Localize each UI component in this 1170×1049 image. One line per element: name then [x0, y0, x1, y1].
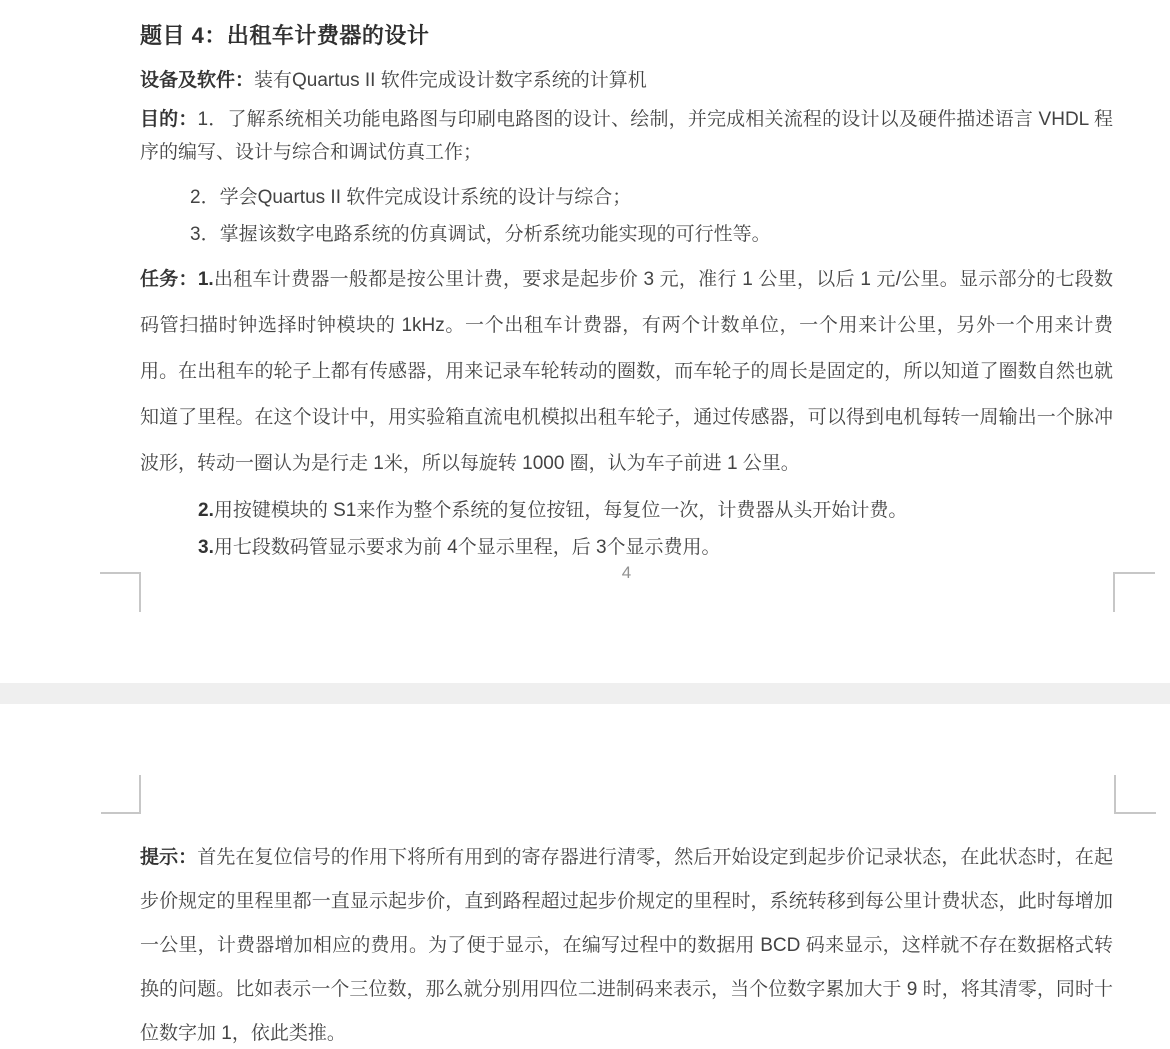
margin-mark-top-left-horizontal	[101, 812, 141, 814]
task-label: 任务：	[140, 269, 198, 290]
page-number: 4	[140, 563, 1113, 583]
document-view: 题目 4：出租车计费器的设计 设备及软件：装有Quartus II 软件完成设计…	[0, 0, 1170, 1049]
task-paragraph-2: 2.用按键模块的 S1来作为整个系统的复位按钮，每复位一次，计费器从头开始计费。	[198, 495, 1118, 522]
margin-mark-top-right-vertical	[1114, 775, 1116, 814]
task-2-text: 用按键模块的 S1来作为整个系统的复位按钮，每复位一次，计费器从头开始计费。	[214, 500, 908, 521]
page-separator	[0, 683, 1170, 704]
hint-text: 首先在复位信号的作用下将所有用到的寄存器进行清零，然后开始设定到起步价记录状态，…	[140, 847, 1113, 1044]
equipment-text: 装有Quartus II 软件完成设计数字系统的计算机	[254, 70, 647, 91]
task-paragraph-1: 任务：1.出租车计费器一般都是按公里计费，要求是起步价 3 元，准行 1 公里，…	[140, 257, 1113, 487]
purpose-paragraph: 目的：1．了解系统相关功能电路图与印刷电路图的设计、绘制，并完成相关流程的设计以…	[140, 103, 1113, 169]
equipment-line: 设备及软件：装有Quartus II 软件完成设计数字系统的计算机	[140, 65, 1120, 92]
margin-mark-top-right-horizontal	[1114, 812, 1156, 814]
margin-mark-top-left-vertical	[139, 775, 141, 814]
purpose-label: 目的：	[140, 109, 198, 130]
margin-mark-bottom-right-vertical	[1113, 572, 1115, 612]
margin-mark-bottom-right-horizontal	[1113, 572, 1155, 574]
task-paragraph-3: 3.用七段数码管显示要求为前 4个显示里程，后 3个显示费用。	[198, 532, 1118, 559]
task-3-number: 3.	[198, 537, 214, 558]
margin-mark-bottom-left-horizontal	[100, 572, 141, 574]
purpose-item-3: 3．掌握该数字电路系统的仿真调试，分析系统功能实现的可行性等。	[190, 219, 1120, 246]
task-2-number: 2.	[198, 500, 214, 521]
hint-paragraph: 提示：首先在复位信号的作用下将所有用到的寄存器进行清零，然后开始设定到起步价记录…	[140, 836, 1113, 1049]
purpose-item-2: 2．学会Quartus II 软件完成设计系统的设计与综合；	[190, 182, 1120, 209]
margin-mark-bottom-left-vertical	[139, 572, 141, 612]
task-1-number: 1.	[198, 269, 214, 290]
doc-title: 题目 4：出租车计费器的设计	[140, 19, 1120, 50]
purpose-item-1: 1．了解系统相关功能电路图与印刷电路图的设计、绘制，并完成相关流程的设计以及硬件…	[140, 109, 1113, 163]
hint-label: 提示：	[140, 847, 197, 868]
task-1-text: 出租车计费器一般都是按公里计费，要求是起步价 3 元，准行 1 公里，以后 1 …	[140, 269, 1113, 474]
equipment-label: 设备及软件：	[140, 70, 254, 91]
task-3-text: 用七段数码管显示要求为前 4个显示里程，后 3个显示费用。	[214, 537, 721, 558]
